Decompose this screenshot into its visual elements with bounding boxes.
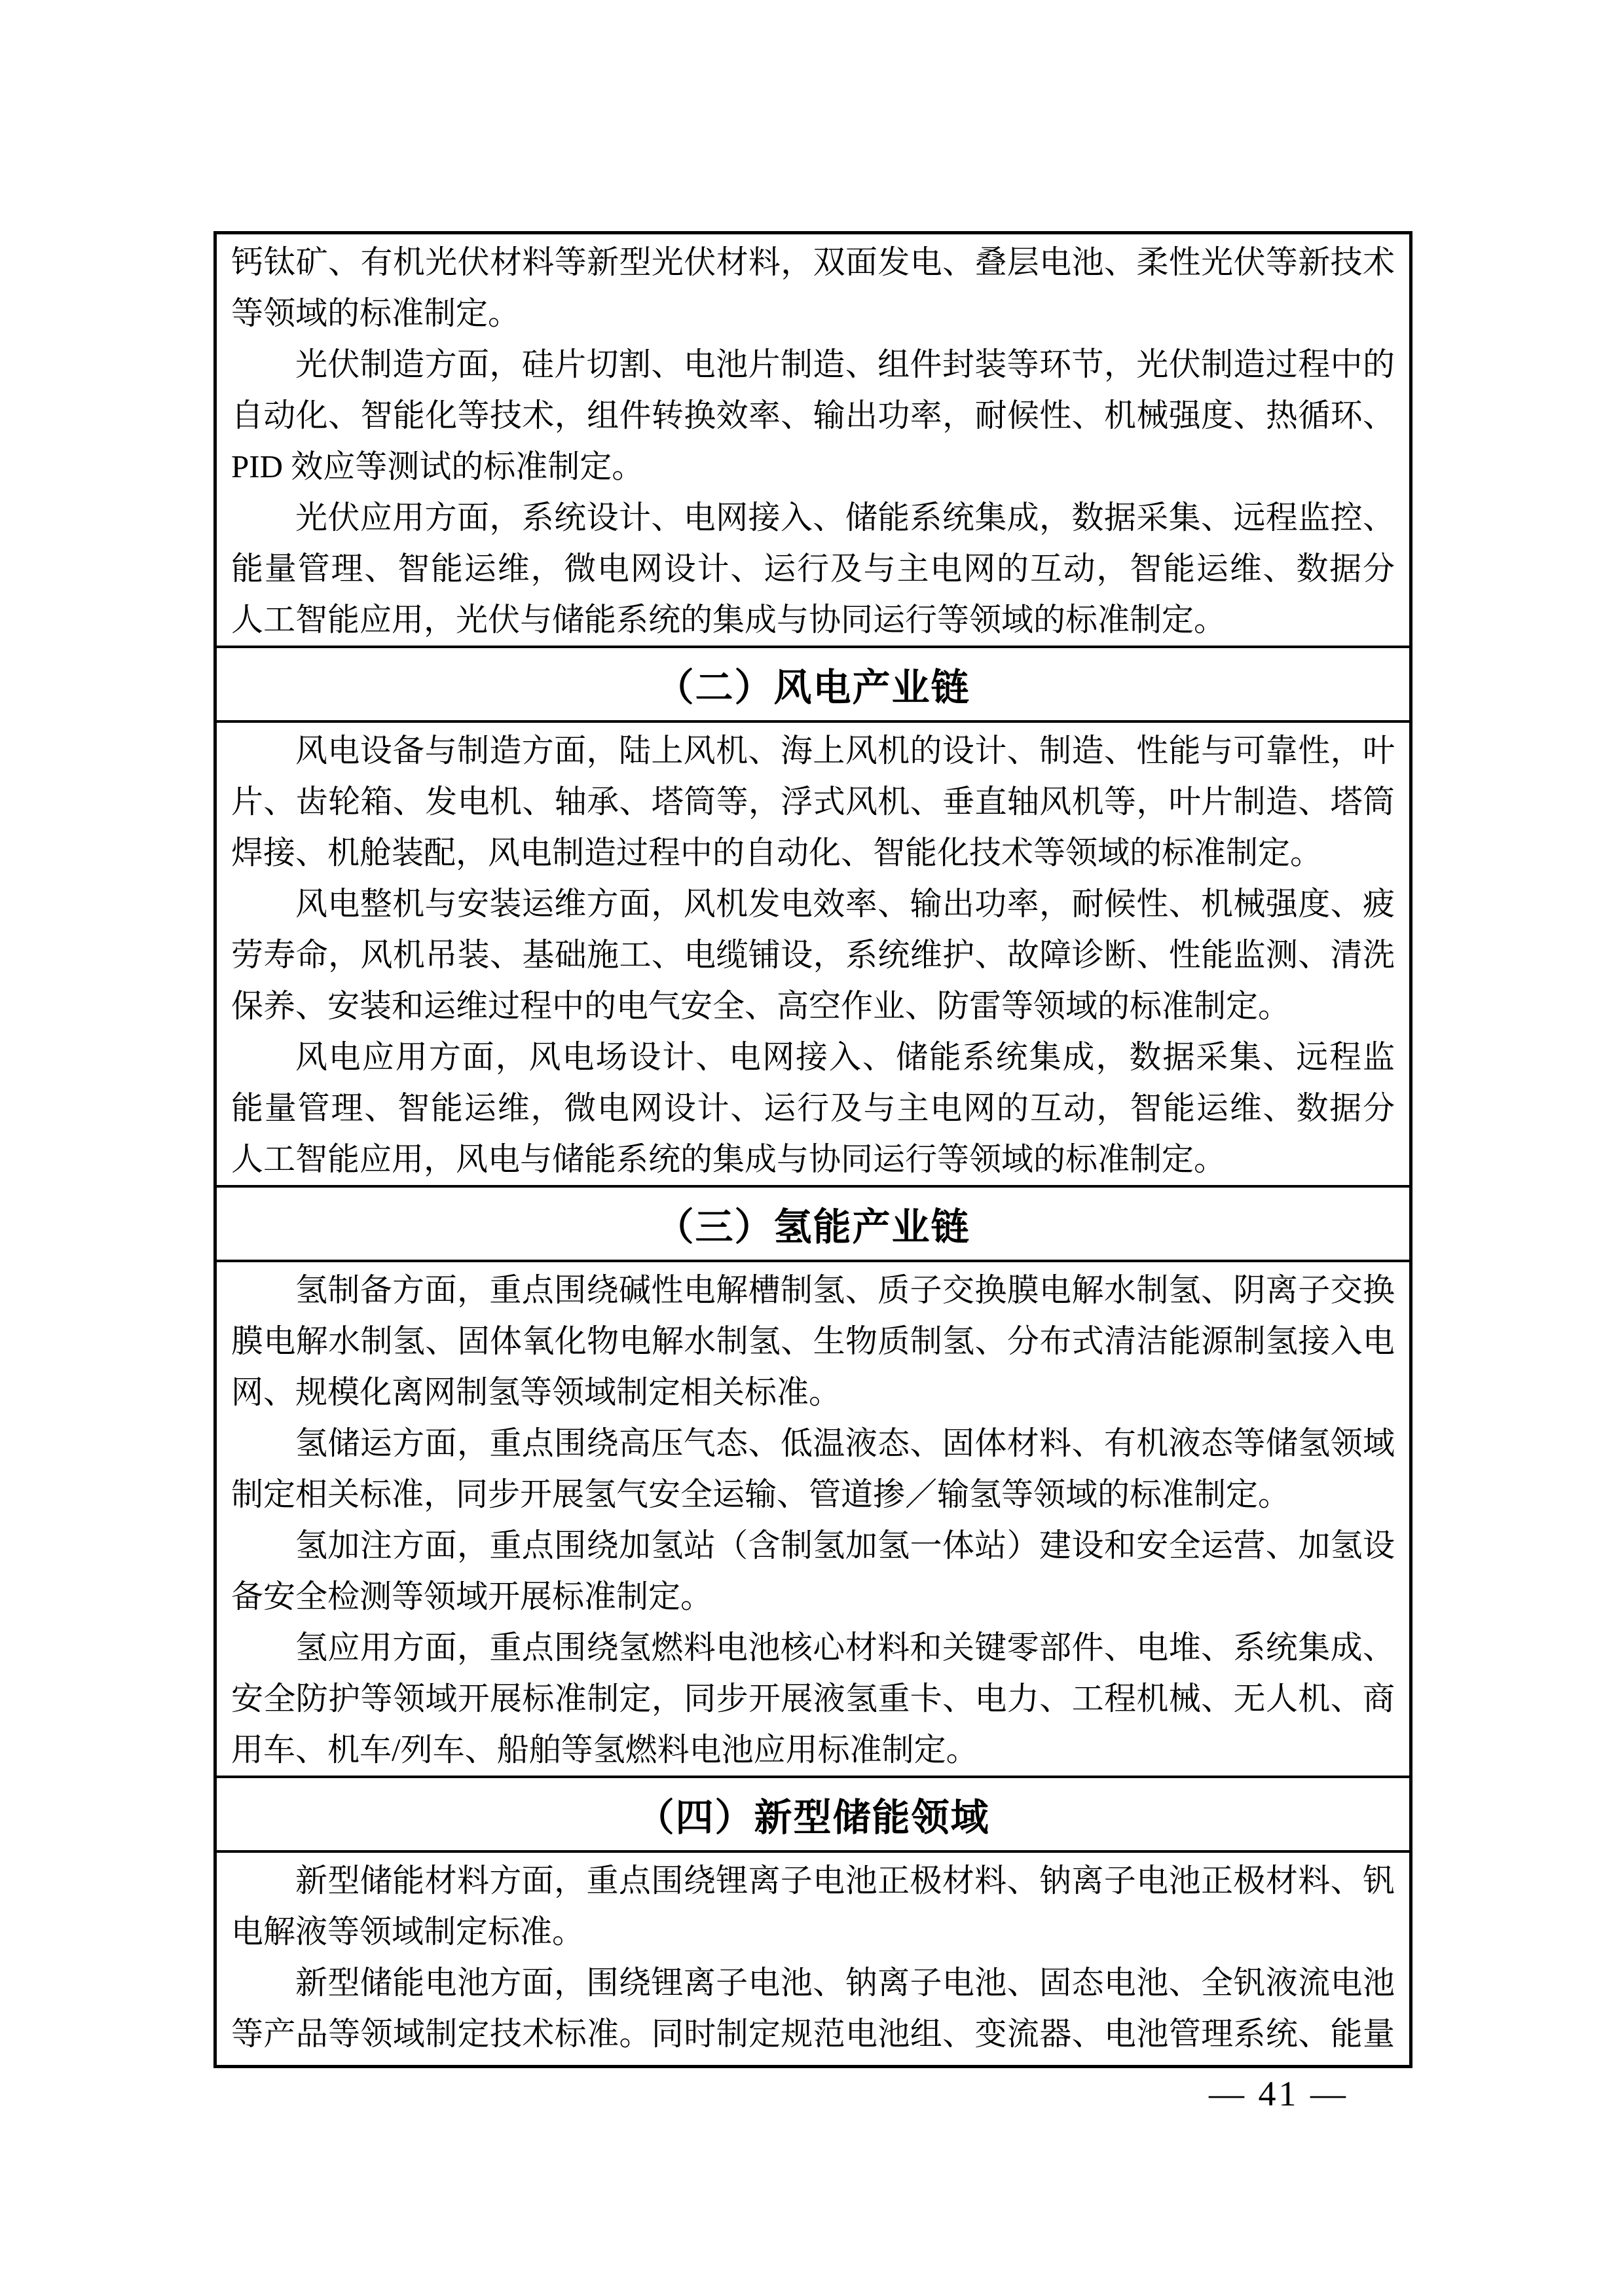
text-line: 膜电解水制氢、固体氧化物电解水制氢、生物质制氢、分布式清洁能源制氢接入电 [231,1316,1395,1367]
text-line: 焊接、机舱装配，风电制造过程中的自动化、智能化技术等领域的标准制定。 [231,828,1395,879]
hydrogen-section-body: 氢制备方面，重点围绕碱性电解槽制氢、质子交换膜电解水制氢、阴离子交换膜电解水制氢… [217,1262,1409,1776]
section-heading-wind-power-row: （二）风电产业链 [217,646,1409,723]
section-heading-hydrogen-row: （三）氢能产业链 [217,1185,1409,1262]
photovoltaic-section-body: 钙钛矿、有机光伏材料等新型光伏材料，双面发电、叠层电池、柔性光伏等新技术等领域的… [217,234,1409,646]
text-line: 氢加注方面，重点围绕加氢站（含制氢加氢一体站）建设和安全运营、加氢设 [231,1520,1395,1571]
text-line: 自动化、智能化等技术，组件转换效率、输出功率，耐候性、机械强度、热循环、 [231,390,1395,441]
text-line: 氢制备方面，重点围绕碱性电解槽制氢、质子交换膜电解水制氢、阴离子交换 [231,1265,1395,1316]
text-line: 氢应用方面，重点围绕氢燃料电池核心材料和关键零部件、电堆、系统集成、 [231,1622,1395,1673]
text-line: 等领域的标准制定。 [231,288,1395,339]
text-line: 光伏制造方面，硅片切割、电池片制造、组件封装等环节，光伏制造过程中的 [231,339,1395,390]
text-line: 等产品等领域制定技术标准。同时制定规范电池组、变流器、电池管理系统、能量 [231,2009,1395,2060]
text-line: 人工智能应用，风电与储能系统的集成与协同运行等领域的标准制定。 [231,1134,1395,1185]
text-line: PID 效应等测试的标准制定。 [231,441,1395,492]
standards-document-table: 钙钛矿、有机光伏材料等新型光伏材料，双面发电、叠层电池、柔性光伏等新技术等领域的… [213,231,1412,2068]
text-line: 片、齿轮箱、发电机、轴承、塔筒等，浮式风机、垂直轴风机等，叶片制造、塔筒 [231,776,1395,828]
section-heading-wind-power: （二）风电产业链 [655,657,970,712]
text-line: 新型储能材料方面，重点围绕锂离子电池正极材料、钠离子电池正极材料、钒 [231,1855,1395,1906]
text-line: 网、规模化离网制氢等领域制定相关标准。 [231,1367,1395,1418]
text-line: 能量管理、智能运维，微电网设计、运行及与主电网的互动，智能运维、数据分析、 [231,1083,1395,1134]
text-line: 风电应用方面，风电场设计、电网接入、储能系统集成，数据采集、远程监控、 [231,1032,1395,1083]
text-line: 氢储运方面，重点围绕高压气态、低温液态、固体材料、有机液态等储氢领域 [231,1418,1395,1469]
text-line: 安全防护等领域开展标准制定，同步开展液氢重卡、电力、工程机械、无人机、商 [231,1673,1395,1724]
section-heading-new-energy-storage-row: （四）新型储能领域 [217,1776,1409,1853]
text-line: 备安全检测等领域开展标准制定。 [231,1571,1395,1622]
new-energy-storage-section-body: 新型储能材料方面，重点围绕锂离子电池正极材料、钠离子电池正极材料、钒电解液等领域… [217,1853,1409,2065]
page-number: — 41 — [1209,2074,1348,2113]
text-line: 制定相关标准，同步开展氢气安全运输、管道掺／输氢等领域的标准制定。 [231,1469,1395,1520]
text-line: 风电设备与制造方面，陆上风机、海上风机的设计、制造、性能与可靠性，叶 [231,725,1395,776]
section-heading-hydrogen: （三）氢能产业链 [655,1196,970,1251]
text-line: 新型储能电池方面，围绕锂离子电池、钠离子电池、固态电池、全钒液流电池 [231,1958,1395,2009]
text-line: 钙钛矿、有机光伏材料等新型光伏材料，双面发电、叠层电池、柔性光伏等新技术 [231,237,1395,288]
section-heading-new-energy-storage: （四）新型储能领域 [636,1787,989,1842]
text-line: 电解液等领域制定标准。 [231,1906,1395,1958]
text-line: 人工智能应用，光伏与储能系统的集成与协同运行等领域的标准制定。 [231,594,1395,646]
text-line: 能量管理、智能运维，微电网设计、运行及与主电网的互动，智能运维、数据分析、 [231,543,1395,594]
document-page: 钙钛矿、有机光伏材料等新型光伏材料，双面发电、叠层电池、柔性光伏等新技术等领域的… [0,0,1624,2296]
wind-power-section-body: 风电设备与制造方面，陆上风机、海上风机的设计、制造、性能与可靠性，叶片、齿轮箱、… [217,723,1409,1185]
text-line: 劳寿命，风机吊装、基础施工、电缆铺设，系统维护、故障诊断、性能监测、清洗 [231,930,1395,981]
text-line: 用车、机车/列车、船舶等氢燃料电池应用标准制定。 [231,1724,1395,1776]
text-line: 风电整机与安装运维方面，风机发电效率、输出功率，耐候性、机械强度、疲 [231,879,1395,930]
text-line: 保养、安装和运维过程中的电气安全、高空作业、防雷等领域的标准制定。 [231,981,1395,1032]
text-line: 光伏应用方面，系统设计、电网接入、储能系统集成，数据采集、远程监控、 [231,492,1395,543]
